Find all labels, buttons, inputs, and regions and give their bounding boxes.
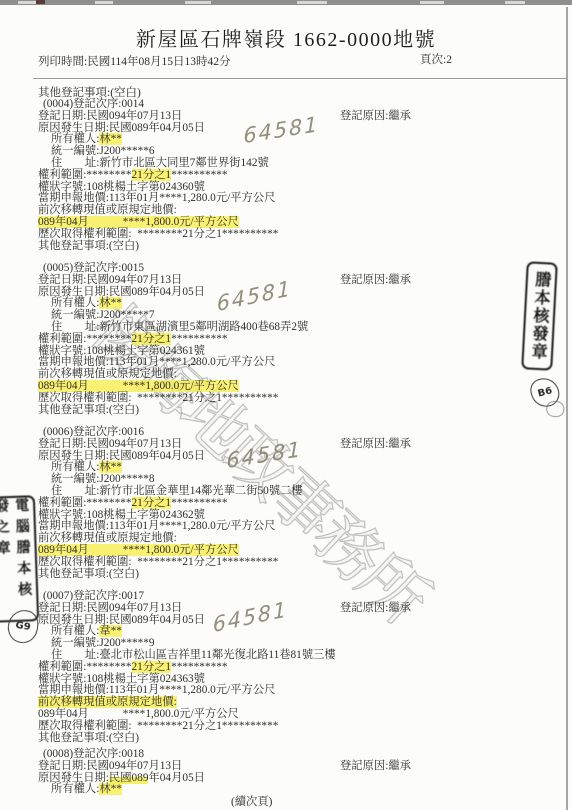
certification-stamp-right: 謄本核發章 — [521, 261, 558, 370]
field-text: 權狀字號:108桃楊土字第024363號 — [38, 673, 205, 685]
record-line: 其他登記事項:(空白) — [38, 733, 562, 745]
field-text: 原因發生日期:民國089年04月05日 — [38, 122, 205, 134]
record-section-0008: (0008)登記次序:0018登記日期:民國094年07月13日登記原因:繼承原… — [38, 749, 562, 796]
registration-reason-label: 登記原因:繼承 — [340, 275, 411, 287]
field-text: 所有權人: — [51, 461, 99, 473]
field-text: 權利範圍:******** — [38, 661, 132, 673]
field-text: 登記日期:民國094年07月13日 — [38, 110, 182, 122]
field-text: 089年04月 ****1,800.0元/平方公尺 — [38, 708, 239, 720]
field-text: 住 址:新竹市北區金華里14鄰光華二街50號二樓 — [51, 485, 303, 497]
field-text: 所有權人: — [51, 783, 99, 795]
field-text: 登記日期:民國094年07月13日 — [38, 760, 182, 772]
field-text: 原因發生日期:民國089年04月05日 — [38, 614, 205, 626]
field-text: 登記日期:民國094年07月13日 — [38, 438, 182, 450]
field-text: 統一編號:J200*****8 — [51, 473, 155, 485]
field-text: 年04月05日 — [148, 772, 205, 784]
field-text: 當期申報地價:113年01月****1,280.0元/平方公尺 — [38, 356, 275, 368]
field-text: 統一編號:J200*****9 — [51, 637, 155, 649]
field-text: (0008)登記次序:0018 — [43, 748, 144, 760]
field-text: 其他登記事項:(空白) — [38, 732, 139, 744]
record-line: 其他登記事項:(空白) — [38, 241, 562, 253]
field-text: (0005)登記次序:0015 — [43, 262, 144, 274]
field-text: 統一編號:J200*****7 — [51, 309, 155, 321]
field-text: 統一編號:J200*****6 — [51, 145, 155, 157]
scan-edge-top — [0, 0, 572, 5]
registration-reason-label: 登記原因:繼承 — [340, 111, 411, 123]
highlighted-text: 089年04月 ****1,800.0元/平方公尺 — [38, 216, 239, 228]
field-text: 所有權人: — [51, 625, 99, 637]
field-text: 原因發生日期: — [38, 772, 109, 784]
document-title: 新屋區石牌嶺段 1662-0000地號 — [0, 23, 572, 52]
field-text: 住 址:新竹市北區大同里7鄰世界街142號 — [51, 157, 269, 169]
field-text: ********** — [171, 497, 227, 509]
record-line: 登記日期:民國094年07月13日登記原因:繼承 — [38, 761, 562, 773]
record-line: 其他登記事項:(空白) — [38, 405, 562, 417]
scanned-land-register-page: 楊梅地政事務所 新屋區石牌嶺段 1662-0000地號 列印時間:民國114年0… — [0, 0, 572, 810]
highlighted-text: 韋** — [99, 625, 122, 637]
scan-edge-right — [566, 7, 568, 810]
record-section-0007: (0007)登記次序:0017登記日期:民國094年07月13日登記原因:繼承原… — [38, 591, 562, 744]
highlighted-text: 林** — [99, 133, 122, 145]
registration-reason-label: 登記原因:繼承 — [340, 439, 411, 451]
field-text: (0006)登記次序:0016 — [43, 426, 144, 438]
field-text: 登記日期:民國094年07月13日 — [38, 602, 182, 614]
field-text: 權利範圍:******** — [38, 333, 132, 345]
highlighted-text: 林** — [99, 297, 122, 309]
highlighted-text: 089年04月 ****1,800.0元/平方公尺 — [38, 380, 239, 392]
field-text: ********** — [171, 661, 227, 673]
field-text: ********** — [171, 169, 227, 181]
field-text: 當期申報地價:113年01月****1,280.0元/平方公尺 — [38, 520, 275, 532]
field-text: 歷次取得權利範圍: ********21分之1********** — [38, 228, 278, 240]
record-line: 所有權人:林** — [38, 784, 562, 796]
field-text: 權利範圍:******** — [38, 169, 132, 181]
field-text: 權狀字號:108桃楊土字第024361號 — [38, 345, 205, 357]
field-text: 所有權人: — [51, 297, 99, 309]
highlighted-text: 林** — [99, 461, 122, 473]
highlighted-text: 21分之1 — [132, 497, 172, 509]
registration-reason-label: 登記原因:繼承 — [340, 761, 411, 773]
field-text: 歷次取得權利範圍: ********21分之1********** — [38, 392, 278, 404]
registration-reason-label: 登記原因:繼承 — [340, 603, 411, 615]
highlighted-text: 21分之1 — [132, 333, 172, 345]
page-number: 頁次:2 — [420, 51, 452, 67]
field-text: 歷次取得權利範圍: ********21分之1********** — [38, 720, 278, 732]
field-text: 權利範圍:******** — [38, 497, 132, 509]
highlighted-text: 089年04月 ****1,800.0元/平方公尺 — [38, 544, 239, 556]
field-text: 前次移轉現值或原規定地價: — [38, 532, 177, 544]
field-text: 所有權人: — [51, 133, 99, 145]
field-text: 當期申報地價:113年01月****1,280.0元/平方公尺 — [38, 192, 275, 204]
field-text: 權狀字號:108桃楊土字第024360號 — [38, 181, 205, 193]
field-text: (0004)登記次序:0014 — [43, 98, 144, 110]
header-divider — [33, 78, 568, 79]
field-text: 登記日期:民國094年07月13日 — [38, 274, 182, 286]
field-text: 當期申報地價:113年01月****1,280.0元/平方公尺 — [38, 684, 275, 696]
highlighted-text: 前次移轉現值或原規定地價: — [38, 696, 177, 708]
field-text: (0007)登記次序:0017 — [43, 590, 144, 602]
field-text: 其他登記事項:(空白) — [38, 568, 139, 580]
field-text: 前次移轉現值或原規定地價: — [38, 204, 177, 216]
record-section-0005: (0005)登記次序:0015登記日期:民國094年07月13日登記原因:繼承原… — [38, 263, 562, 416]
highlighted-text: 林** — [99, 783, 122, 795]
field-text: ********** — [171, 333, 227, 345]
field-text: 歷次取得權利範圍: ********21分之1********** — [38, 556, 278, 568]
field-text: 其他登記事項:(空白) — [38, 404, 139, 416]
field-text: 權狀字號:108桃楊土字第024362號 — [38, 509, 205, 521]
highlighted-text: 21分之1 — [132, 169, 172, 181]
field-text: 前次移轉現值或原規定地價: — [38, 368, 177, 380]
record-line: 其他登記事項:(空白) — [38, 569, 562, 581]
highlighted-text: 民國089 — [109, 772, 149, 784]
print-time: 列印時間:民國114年08月15日13時42分 — [38, 53, 558, 69]
certification-stamp-left: 電腦謄本核發之章 — [0, 495, 39, 623]
highlighted-text: 21分之1 — [132, 661, 172, 673]
field-text: 住 址:新竹市東區湖濱里5鄰明湖路400巷68弄2號 — [51, 321, 308, 333]
continued-next-page: (續次頁) — [231, 793, 272, 809]
field-text: 原因發生日期:民國089年04月05日 — [38, 286, 205, 298]
field-text: 其他登記事項:(空白) — [38, 240, 139, 252]
field-text: 住 址:臺北市松山區吉祥里11鄰光復北路11巷81號三樓 — [51, 649, 336, 661]
field-text: 原因發生日期:民國089年04月05日 — [38, 450, 205, 462]
